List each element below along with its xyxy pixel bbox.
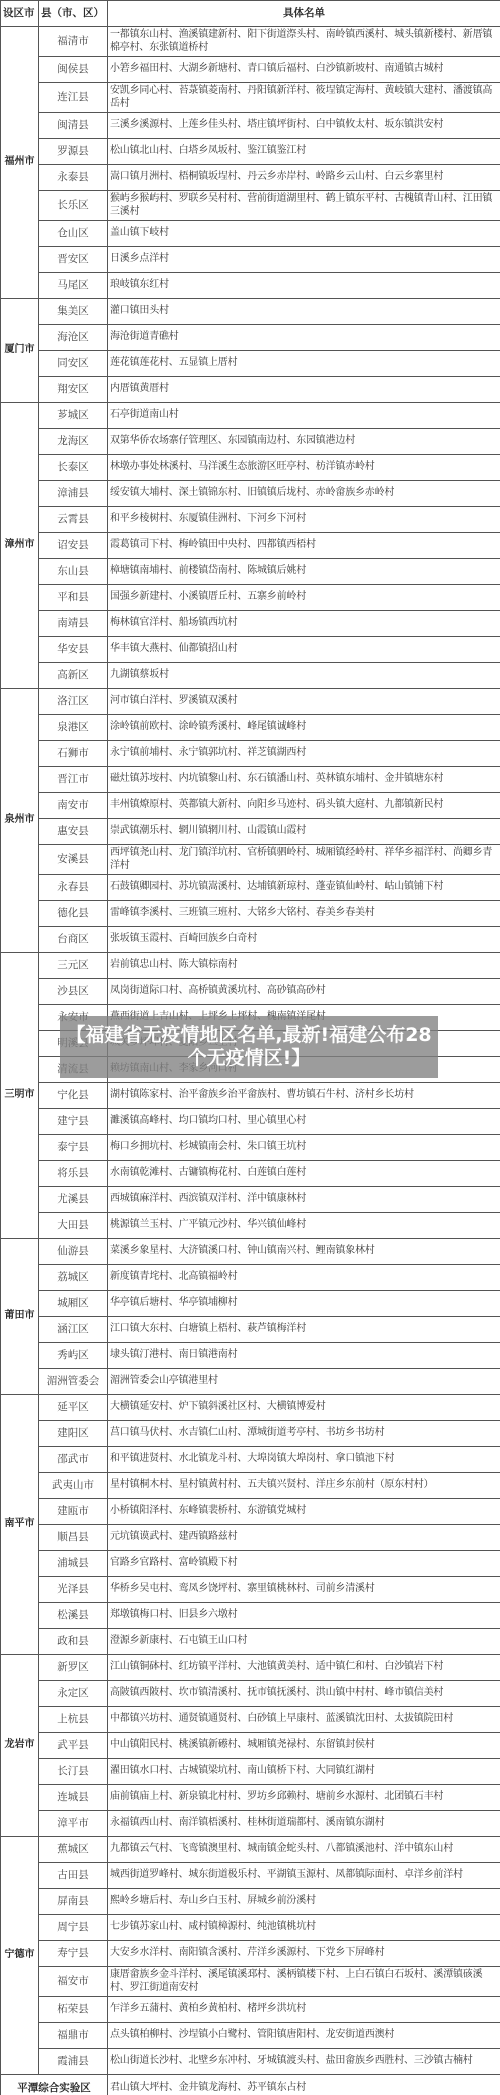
village-list-cell: 君山镇大坪村、金井镇龙海村、苏平镇东占村 <box>108 2075 500 2095</box>
village-list-cell: 湖村镇陈家村、治平畲族乡治平畲族村、曹坊镇石牛村、济村乡长坊村 <box>108 1083 500 1109</box>
county-cell: 仙游县 <box>39 1239 108 1265</box>
village-list-cell: 星村镇桐木村、星村镇黄村村、五夫镇兴贤村、洋庄乡东前村（原东村村） <box>108 1473 500 1499</box>
county-cell: 邵武市 <box>39 1447 108 1473</box>
table-row: 大田县桃源镇兰玉村、广平镇元沙村、华兴镇仙峰村 <box>1 1213 500 1239</box>
header-county: 县（市、区） <box>39 1 108 27</box>
table-row: 连城县庙前镇庙上村、新泉镇北村村、罗坊乡邱赖村、塘前乡水源村、北团镇石丰村 <box>1 1785 500 1811</box>
table-row: 罗源县松山镇北山村、白塔乡凤坂村、鉴江镇鉴江村 <box>1 139 500 165</box>
county-cell: 漳浦县 <box>39 481 108 507</box>
table-row: 德化县雷峰镇李溪村、三班镇三班村、大铭乡大铭村、春美乡春美村 <box>1 901 500 927</box>
county-cell: 惠安县 <box>39 819 108 845</box>
village-list-cell: 石鼓镇卿园村、苏坑镇嵩溪村、达埔镇新琼村、蓬壶镇仙岭村、岵山镇铺下村 <box>108 875 500 901</box>
village-list-cell: 元坑镇谟武村、建西镇路兹村 <box>108 1525 500 1551</box>
county-cell: 古田县 <box>39 1863 108 1889</box>
village-list-cell: 濯田镇水口村、古城镇梁坑村、南山镇桥下村、大同镇红湖村 <box>108 1759 500 1785</box>
county-cell: 石狮市 <box>39 741 108 767</box>
pingtan-name-cell: 平潭综合实验区 <box>1 2075 108 2095</box>
table-row: 龙海区双第华侨农场寨仔管理区、东园镇南边村、东园镇港边村 <box>1 429 500 455</box>
village-list-cell: 中山镇阳民村、桃溪镇新礤村、城厢镇尧禄村、东留镇封侯村 <box>108 1733 500 1759</box>
table-row: 安溪县西坪镇尧山村、龙门镇洋坑村、官桥镇驷岭村、城厢镇经岭村、祥华乡福洋村、尚卿… <box>1 845 500 875</box>
table-row: 三明市三元区岩前镇忠山村、陈大镇棕南村 <box>1 953 500 979</box>
table-row: 松溪县郑墩镇梅口村、旧县乡六墩村 <box>1 1603 500 1629</box>
village-list-cell: 西坪镇尧山村、龙门镇洋坑村、官桥镇驷岭村、城厢镇经岭村、祥华乡福洋村、尚卿乡青洋… <box>108 845 500 875</box>
table-row: 平和县国强乡新建村、小溪镇厝丘村、五寨乡前岭村 <box>1 585 500 611</box>
table-row: 永定区高陂镇西陂村、坎市镇清溪村、抚市镇抚溪村、洪山镇中村村、峰市镇信美村 <box>1 1681 500 1707</box>
county-cell: 武夷山市 <box>39 1473 108 1499</box>
county-cell: 晋安区 <box>39 247 108 273</box>
village-list-cell: 涂岭镇前欧村、涂岭镇秀溪村、峰尾镇诚峰村 <box>108 715 500 741</box>
table-row: 东山县樟塘镇南埔村、前楼镇岱南村、陈城镇后姚村 <box>1 559 500 585</box>
village-list-cell: 莒口镇马伏村、水吉镇仁山村、潭城街道考亭村、书坊乡书坊村 <box>108 1421 500 1447</box>
table-row: 泰宁县梅口乡拥坑村、杉城镇南会村、朱口镇王坑村 <box>1 1135 500 1161</box>
table-row: 福安市康厝畲族乡金斗洋村、溪尾镇溪邳村、溪柄镇楼下村、上白石镇白石坂村、溪潭镇硋… <box>1 1967 500 1997</box>
village-list-cell: 澄源乡新康村、石屯镇王山口村 <box>108 1629 500 1655</box>
village-list-cell: 河市镇白洋村、罗溪镇双溪村 <box>108 689 500 715</box>
county-cell: 同安区 <box>39 351 108 377</box>
county-cell: 蕉城区 <box>39 1837 108 1863</box>
village-list-cell: 菜溪乡象星村、大济镇溪口村、钟山镇南兴村、鲤南镇象林村 <box>108 1239 500 1265</box>
county-cell: 闽侯县 <box>39 57 108 83</box>
county-cell: 福鼎市 <box>39 2023 108 2049</box>
county-cell: 湄洲管委会 <box>39 1369 108 1395</box>
county-cell: 云霄县 <box>39 507 108 533</box>
county-cell: 平和县 <box>39 585 108 611</box>
village-list-cell: 江口镇大东村、白塘镇上梧村、萩芦镇梅洋村 <box>108 1317 500 1343</box>
village-list-cell: 琅岐镇东红村 <box>108 273 500 299</box>
county-cell: 高新区 <box>39 663 108 689</box>
county-cell: 浦城县 <box>39 1551 108 1577</box>
county-cell: 永春县 <box>39 875 108 901</box>
table-row: 海沧区海沧街道青礁村 <box>1 325 500 351</box>
county-cell: 大田县 <box>39 1213 108 1239</box>
county-cell: 三元区 <box>39 953 108 979</box>
table-row: 高新区九湖镇蔡坂村 <box>1 663 500 689</box>
header-city: 设区市 <box>1 1 39 27</box>
county-cell: 建阳区 <box>39 1421 108 1447</box>
table-row: 光泽县华桥乡吴屯村、鸾凤乡饶坪村、寨里镇桃林村、司前乡清溪村 <box>1 1577 500 1603</box>
county-cell: 延平区 <box>39 1395 108 1421</box>
county-cell: 闽清县 <box>39 113 108 139</box>
city-cell: 南平市 <box>1 1395 39 1655</box>
county-cell: 松溪县 <box>39 1603 108 1629</box>
village-list-cell: 庙前镇庙上村、新泉镇北村村、罗坊乡邱赖村、塘前乡水源村、北团镇石丰村 <box>108 1785 500 1811</box>
village-list-cell: 濉溪镇高峰村、均口镇均口村、里心镇里心村 <box>108 1109 500 1135</box>
county-cell: 连江县 <box>39 83 108 113</box>
table-row: 柘荣县乍洋乡五蒲村、黄柏乡黄柏村、楮坪乡洪坑村 <box>1 1997 500 2023</box>
county-cell: 南安市 <box>39 793 108 819</box>
village-list-cell: 猴屿乡猴屿村、罗联乡吴村村、营前街道湖里村、鹤上镇东平村、古槐镇青山村、江田镇三… <box>108 191 500 221</box>
village-list-cell: 安凯乡同心村、苔菉镇菱南村、丹阳镇新洋村、筱埕镇定海村、黄岐镇大建村、潘渡镇高岳… <box>108 83 500 113</box>
table-row: 泉州市洛江区河市镇白洋村、罗溪镇双溪村 <box>1 689 500 715</box>
village-list-cell: 一都镇东山村、渔溪镇建新村、阳下街道漈头村、南岭镇西溪村、城头镇新楼村、新厝镇棉… <box>108 27 500 57</box>
village-list-cell: 崇武镇潮乐村、辋川镇辋川村、山霞镇山霞村 <box>108 819 500 845</box>
table-row: 荔城区新度镇青垞村、北高镇福岭村 <box>1 1265 500 1291</box>
table-row: 福州市福清市一都镇东山村、渔溪镇建新村、阳下街道漈头村、南岭镇西溪村、城头镇新楼… <box>1 27 500 57</box>
table-row: 浦城县官路乡官路村、富岭镇殿下村 <box>1 1551 500 1577</box>
county-cell: 德化县 <box>39 901 108 927</box>
table-row: 寿宁县大安乡水洋村、南阳镇含溪村、芹洋乡溪源村、下党乡下屏峰村 <box>1 1941 500 1967</box>
county-cell: 涵江区 <box>39 1317 108 1343</box>
county-cell: 沙县区 <box>39 979 108 1005</box>
table-row: 顺昌县元坑镇谟武村、建西镇路兹村 <box>1 1525 500 1551</box>
village-list-cell: 大横镇延安村、炉下镇斜溪社区村、大横镇博爱村 <box>108 1395 500 1421</box>
village-list-cell: 松山镇北山村、白塔乡凤坂村、鉴江镇鉴江村 <box>108 139 500 165</box>
table-row: 武平县中山镇阳民村、桃溪镇新礤村、城厢镇尧禄村、东留镇封侯村 <box>1 1733 500 1759</box>
county-cell: 建宁县 <box>39 1109 108 1135</box>
table-row: 台商区张坂镇玉霞村、百崎回族乡白奇村 <box>1 927 500 953</box>
table-row: 南安市丰州镇燎原村、英都镇大新村、向阳乡马迹村、码头镇大庭村、九都镇新民村 <box>1 793 500 819</box>
village-list-cell: 湄洲管委会山亭镇港里村 <box>108 1369 500 1395</box>
table-row: 古田县城西街道罗峰村、城东街道极乐村、平湖镇玉源村、凤都镇际面村、卓洋乡前洋村 <box>1 1863 500 1889</box>
county-cell: 集美区 <box>39 299 108 325</box>
village-list-cell: 永福镇西山村、南洋镇梧溪村、桂林街道瑞都村、溪南镇东湖村 <box>108 1811 500 1837</box>
city-cell: 三明市 <box>1 953 39 1239</box>
table-row: 建宁县濉溪镇高峰村、均口镇均口村、里心镇里心村 <box>1 1109 500 1135</box>
village-list-cell: 华丰镇大燕村、仙都镇招山村 <box>108 637 500 663</box>
county-cell: 华安县 <box>39 637 108 663</box>
county-cell: 城厢区 <box>39 1291 108 1317</box>
table-row: 霞浦县松山街道长沙村、北壁乡东冲村、牙城镇渡头村、盐田畲族乡西胜村、三沙镇古楠村 <box>1 2049 500 2075</box>
table-row: 政和县澄源乡新康村、石屯镇王山口村 <box>1 1629 500 1655</box>
village-list-cell: 小桥镇阳泽村、东峰镇裴桥村、东游镇党城村 <box>108 1499 500 1525</box>
table-row: 南靖县梅林镇官洋村、船场镇西坑村 <box>1 611 500 637</box>
village-list-cell: 张坂镇玉霞村、百崎回族乡白奇村 <box>108 927 500 953</box>
table-row: 惠安县崇武镇潮乐村、辋川镇辋川村、山霞镇山霞村 <box>1 819 500 845</box>
table-row: 厦门市集美区灌口镇田头村 <box>1 299 500 325</box>
county-cell: 台商区 <box>39 927 108 953</box>
village-list-cell: 郑墩镇梅口村、旧县乡六墩村 <box>108 1603 500 1629</box>
county-cell: 福清市 <box>39 27 108 57</box>
county-cell: 荔城区 <box>39 1265 108 1291</box>
county-cell: 漳平市 <box>39 1811 108 1837</box>
city-cell: 泉州市 <box>1 689 39 953</box>
county-cell: 永泰县 <box>39 165 108 191</box>
village-list-cell: 三溪乡溪源村、上莲乡佳头村、塔庄镇坪街村、白中镇攸太村、坂东镇洪安村 <box>108 113 500 139</box>
county-cell: 尤溪县 <box>39 1187 108 1213</box>
table-row: 漳州市芗城区石亭街道南山村 <box>1 403 500 429</box>
village-list-cell: 樟塘镇南埔村、前楼镇岱南村、陈城镇后姚村 <box>108 559 500 585</box>
county-cell: 翔安区 <box>39 377 108 403</box>
county-cell: 政和县 <box>39 1629 108 1655</box>
table-row: 马尾区琅岐镇东红村 <box>1 273 500 299</box>
header-list: 具体名单 <box>108 1 500 27</box>
village-list-cell: 中都镇兴坊村、通贤镇通贤村、白砂镇上早康村、蓝溪镇沈田村、太拔镇院田村 <box>108 1707 500 1733</box>
table-row: 屏南县熙岭乡塘后村、寿山乡白玉村、屏城乡前汾溪村 <box>1 1889 500 1915</box>
county-cell: 长泰区 <box>39 455 108 481</box>
county-cell: 福安市 <box>39 1967 108 1997</box>
county-cell: 寿宁县 <box>39 1941 108 1967</box>
table-row: 长汀县濯田镇水口村、古城镇梁坑村、南山镇桥下村、大同镇红湖村 <box>1 1759 500 1785</box>
table-row: 仓山区盖山镇下岐村 <box>1 221 500 247</box>
village-list-cell: 梅口乡拥坑村、杉城镇南会村、朱口镇王坑村 <box>108 1135 500 1161</box>
county-cell: 海沧区 <box>39 325 108 351</box>
article-title-overlay: 【福建省无疫情地区名单,最新!福建公布28个无疫情区!】 <box>60 1016 438 1078</box>
table-row: 秀屿区埭头镇汀港村、南日镇港南村 <box>1 1343 500 1369</box>
table-row: 连江县安凯乡同心村、苔菉镇菱南村、丹阳镇新洋村、筱埕镇定海村、黄岐镇大建村、潘渡… <box>1 83 500 113</box>
table-row: 沙县区凤岗街道际口村、高桥镇黄溪坑村、高砂镇高砂村 <box>1 979 500 1005</box>
village-list-cell: 江山镇铜砵村、红坊镇平洋村、大池镇黄美村、适中镇仁和村、白沙镇岩下村 <box>108 1655 500 1681</box>
table-row: 翔安区内厝镇黄厝村 <box>1 377 500 403</box>
county-cell: 霞浦县 <box>39 2049 108 2075</box>
village-list-cell: 熙岭乡塘后村、寿山乡白玉村、屏城乡前汾溪村 <box>108 1889 500 1915</box>
village-list-cell: 七步镇苏家山村、咸村镇樟源村、纯池镇桃坑村 <box>108 1915 500 1941</box>
table-row: 湄洲管委会湄洲管委会山亭镇港里村 <box>1 1369 500 1395</box>
county-cell: 泉港区 <box>39 715 108 741</box>
village-list-cell: 绥安镇大埔村、深土镇锦东村、旧镇镇后垅村、赤岭畲族乡赤岭村 <box>108 481 500 507</box>
village-list-cell: 磁灶镇苏垵村、内坑镇黎山村、东石镇潘山村、英林镇东埔村、金井镇塘东村 <box>108 767 500 793</box>
table-row: 城厢区华亭镇后塘村、华亭镇埔柳村 <box>1 1291 500 1317</box>
table-row: 华安县华丰镇大燕村、仙都镇招山村 <box>1 637 500 663</box>
table-row: 漳平市永福镇西山村、南洋镇梧溪村、桂林街道瑞都村、溪南镇东湖村 <box>1 1811 500 1837</box>
county-cell: 武平县 <box>39 1733 108 1759</box>
city-cell: 宁德市 <box>1 1837 39 2075</box>
table-row: 莆田市仙游县菜溪乡象星村、大济镇溪口村、钟山镇南兴村、鲤南镇象林村 <box>1 1239 500 1265</box>
village-list-cell: 日溪乡点洋村 <box>108 247 500 273</box>
table-row: 晋安区日溪乡点洋村 <box>1 247 500 273</box>
county-cell: 连城县 <box>39 1785 108 1811</box>
village-list-cell: 埭头镇汀港村、南日镇港南村 <box>108 1343 500 1369</box>
county-cell: 柘荣县 <box>39 1997 108 2023</box>
county-cell: 光泽县 <box>39 1577 108 1603</box>
village-list-cell: 丰州镇燎原村、英都镇大新村、向阳乡马迹村、码头镇大庭村、九都镇新民村 <box>108 793 500 819</box>
county-cell: 将乐县 <box>39 1161 108 1187</box>
village-list-cell: 点头镇柏柳村、沙埕镇小白鹭村、管阳镇唐阳村、龙安街道西澳村 <box>108 2023 500 2049</box>
village-list-cell: 林墩办事处林溪村、马洋溪生态旅游区旺亭村、枋洋镇赤岭村 <box>108 455 500 481</box>
city-cell: 莆田市 <box>1 1239 39 1395</box>
county-cell: 马尾区 <box>39 273 108 299</box>
city-cell: 厦门市 <box>1 299 39 403</box>
county-cell: 洛江区 <box>39 689 108 715</box>
county-cell: 龙海区 <box>39 429 108 455</box>
county-cell: 屏南县 <box>39 1889 108 1915</box>
table-row: 同安区莲花镇莲花村、五显镇上厝村 <box>1 351 500 377</box>
table-row: 涵江区江口镇大东村、白塘镇上梧村、萩芦镇梅洋村 <box>1 1317 500 1343</box>
village-list-cell: 灌口镇田头村 <box>108 299 500 325</box>
city-cell: 漳州市 <box>1 403 39 689</box>
county-cell: 周宁县 <box>39 1915 108 1941</box>
city-cell: 龙岩市 <box>1 1655 39 1837</box>
village-list-cell: 海沧街道青礁村 <box>108 325 500 351</box>
table-row: 永春县石鼓镇卿园村、苏坑镇嵩溪村、达埔镇新琼村、蓬壶镇仙岭村、岵山镇铺下村 <box>1 875 500 901</box>
village-list-cell: 松山街道长沙村、北壁乡东冲村、牙城镇渡头村、盐田畲族乡西胜村、三沙镇古楠村 <box>108 2049 500 2075</box>
village-list-cell: 城西街道罗峰村、城东街道极乐村、平湖镇玉源村、凤都镇际面村、卓洋乡前洋村 <box>108 1863 500 1889</box>
village-list-cell: 水南镇乾滩村、古镛镇梅花村、白莲镇白莲村 <box>108 1161 500 1187</box>
county-cell: 上杭县 <box>39 1707 108 1733</box>
table-row: 尤溪县西城镇麻洋村、西滨镇双洋村、洋中镇康林村 <box>1 1187 500 1213</box>
table-row: 长泰区林墩办事处林溪村、马洋溪生态旅游区旺亭村、枋洋镇赤岭村 <box>1 455 500 481</box>
table-row: 周宁县七步镇苏家山村、咸村镇樟源村、纯池镇桃坑村 <box>1 1915 500 1941</box>
village-list-cell: 雷峰镇李溪村、三班镇三班村、大铭乡大铭村、春美乡春美村 <box>108 901 500 927</box>
village-list-cell: 高陂镇西陂村、坎市镇清溪村、抚市镇抚溪村、洪山镇中村村、峰市镇信美村 <box>108 1681 500 1707</box>
county-cell: 芗城区 <box>39 403 108 429</box>
table-row: 永泰县嵩口镇月洲村、梧桐镇坂埕村、丹云乡赤岸村、岭路乡云山村、白云乡寨里村 <box>1 165 500 191</box>
village-list-cell: 嵩口镇月洲村、梧桐镇坂埕村、丹云乡赤岸村、岭路乡云山村、白云乡寨里村 <box>108 165 500 191</box>
village-list-cell: 西城镇麻洋村、西滨镇双洋村、洋中镇康林村 <box>108 1187 500 1213</box>
county-cell: 建瓯市 <box>39 1499 108 1525</box>
county-cell: 秀屿区 <box>39 1343 108 1369</box>
table-row: 建阳区莒口镇马伏村、水吉镇仁山村、潭城街道考亭村、书坊乡书坊村 <box>1 1421 500 1447</box>
table-row: 石狮市永宁镇前埔村、永宁镇郭坑村、祥芝镇湖西村 <box>1 741 500 767</box>
table-row: 武夷山市星村镇桐木村、星村镇黄村村、五夫镇兴贤村、洋庄乡东前村（原东村村） <box>1 1473 500 1499</box>
county-cell: 东山县 <box>39 559 108 585</box>
village-list-cell: 石亭街道南山村 <box>108 403 500 429</box>
village-list-cell: 凤岗街道际口村、高桥镇黄溪坑村、高砂镇高砂村 <box>108 979 500 1005</box>
village-list-cell: 和平镇进贤村、水北镇龙斗村、大埠岗镇大埠岗村、拿口镇池下村 <box>108 1447 500 1473</box>
table-row: 邵武市和平镇进贤村、水北镇龙斗村、大埠岗镇大埠岗村、拿口镇池下村 <box>1 1447 500 1473</box>
county-cell: 长汀县 <box>39 1759 108 1785</box>
table-row: 宁德市蕉城区九都镇云气村、飞鸾镇澳里村、城南镇金蛇头村、八都镇溪池村、洋中镇东山… <box>1 1837 500 1863</box>
county-cell: 南靖县 <box>39 611 108 637</box>
village-list-cell: 莲花镇莲花村、五显镇上厝村 <box>108 351 500 377</box>
village-list-cell: 岩前镇忠山村、陈大镇棕南村 <box>108 953 500 979</box>
county-cell: 仓山区 <box>39 221 108 247</box>
table-row: 长乐区猴屿乡猴屿村、罗联乡吴村村、营前街道湖里村、鹤上镇东平村、古槐镇青山村、江… <box>1 191 500 221</box>
county-cell: 新罗区 <box>39 1655 108 1681</box>
village-list-cell: 盖山镇下岐村 <box>108 221 500 247</box>
city-cell: 福州市 <box>1 27 39 299</box>
table-row-pingtan: 平潭综合实验区君山镇大坪村、金井镇龙海村、苏平镇东占村 <box>1 2075 500 2095</box>
table-row: 泉港区涂岭镇前欧村、涂岭镇秀溪村、峰尾镇诚峰村 <box>1 715 500 741</box>
county-cell: 晋江市 <box>39 767 108 793</box>
village-list-cell: 双第华侨农场寨仔管理区、东园镇南边村、东园镇港边村 <box>108 429 500 455</box>
table-row: 南平市延平区大横镇延安村、炉下镇斜溪社区村、大横镇博爱村 <box>1 1395 500 1421</box>
county-cell: 安溪县 <box>39 845 108 875</box>
village-list-cell: 大安乡水洋村、南阳镇含溪村、芹洋乡溪源村、下党乡下屏峰村 <box>108 1941 500 1967</box>
table-row: 福鼎市点头镇柏柳村、沙埕镇小白鹭村、管阳镇唐阳村、龙安街道西澳村 <box>1 2023 500 2049</box>
table-row: 晋江市磁灶镇苏垵村、内坑镇黎山村、东石镇潘山村、英林镇东埔村、金井镇塘东村 <box>1 767 500 793</box>
table-row: 宁化县湖村镇陈家村、治平畲族乡治平畲族村、曹坊镇石牛村、济村乡长坊村 <box>1 1083 500 1109</box>
county-cell: 长乐区 <box>39 191 108 221</box>
village-list-cell: 桃源镇兰玉村、广平镇元沙村、华兴镇仙峰村 <box>108 1213 500 1239</box>
table-row: 上杭县中都镇兴坊村、通贤镇通贤村、白砂镇上早康村、蓝溪镇沈田村、太拔镇院田村 <box>1 1707 500 1733</box>
table-row: 漳浦县绥安镇大埔村、深土镇锦东村、旧镇镇后垅村、赤岭畲族乡赤岭村 <box>1 481 500 507</box>
county-cell: 泰宁县 <box>39 1135 108 1161</box>
county-cell: 诏安县 <box>39 533 108 559</box>
table-header-row: 设区市 县（市、区） 具体名单 <box>1 1 500 27</box>
village-list-cell: 内厝镇黄厝村 <box>108 377 500 403</box>
table-row: 龙岩市新罗区江山镇铜砵村、红坊镇平洋村、大池镇黄美村、适中镇仁和村、白沙镇岩下村 <box>1 1655 500 1681</box>
village-list-cell: 康厝畲族乡金斗洋村、溪尾镇溪邳村、溪柄镇楼下村、上白石镇白石坂村、溪潭镇硋溪村、… <box>108 1967 500 1997</box>
village-list-cell: 霞葛镇司下村、梅岭镇田中央村、四都镇西梧村 <box>108 533 500 559</box>
table-row: 建瓯市小桥镇阳泽村、东峰镇裴桥村、东游镇党城村 <box>1 1499 500 1525</box>
county-cell: 罗源县 <box>39 139 108 165</box>
village-list-cell: 华亭镇后塘村、华亭镇埔柳村 <box>108 1291 500 1317</box>
county-cell: 永定区 <box>39 1681 108 1707</box>
village-list-cell: 小箬乡福田村、大湖乡新塘村、青口镇后福村、白沙镇新坡村、南通镇古城村 <box>108 57 500 83</box>
table-row: 闽清县三溪乡溪源村、上莲乡佳头村、塔庄镇坪街村、白中镇攸太村、坂东镇洪安村 <box>1 113 500 139</box>
table-row: 云霄县和平乡棱树村、东厦镇佳洲村、下河乡下河村 <box>1 507 500 533</box>
table-row: 将乐县水南镇乾滩村、古镛镇梅花村、白莲镇白莲村 <box>1 1161 500 1187</box>
village-list-cell: 九湖镇蔡坂村 <box>108 663 500 689</box>
table-row: 闽侯县小箬乡福田村、大湖乡新塘村、青口镇后福村、白沙镇新坡村、南通镇古城村 <box>1 57 500 83</box>
village-list-cell: 和平乡棱树村、东厦镇佳洲村、下河乡下河村 <box>108 507 500 533</box>
village-list-cell: 国强乡新建村、小溪镇厝丘村、五寨乡前岭村 <box>108 585 500 611</box>
village-list-cell: 梅林镇官洋村、船场镇西坑村 <box>108 611 500 637</box>
village-list-cell: 华桥乡吴屯村、鸾凤乡饶坪村、寨里镇桃林村、司前乡清溪村 <box>108 1577 500 1603</box>
county-cell: 宁化县 <box>39 1083 108 1109</box>
village-list-cell: 乍洋乡五蒲村、黄柏乡黄柏村、楮坪乡洪坑村 <box>108 1997 500 2023</box>
village-list-cell: 官路乡官路村、富岭镇殿下村 <box>108 1551 500 1577</box>
county-cell: 顺昌县 <box>39 1525 108 1551</box>
village-list-cell: 新度镇青垞村、北高镇福岭村 <box>108 1265 500 1291</box>
village-list-cell: 永宁镇前埔村、永宁镇郭坑村、祥芝镇湖西村 <box>108 741 500 767</box>
village-list-cell: 九都镇云气村、飞鸾镇澳里村、城南镇金蛇头村、八都镇溪池村、洋中镇东山村 <box>108 1837 500 1863</box>
table-row: 诏安县霞葛镇司下村、梅岭镇田中央村、四都镇西梧村 <box>1 533 500 559</box>
